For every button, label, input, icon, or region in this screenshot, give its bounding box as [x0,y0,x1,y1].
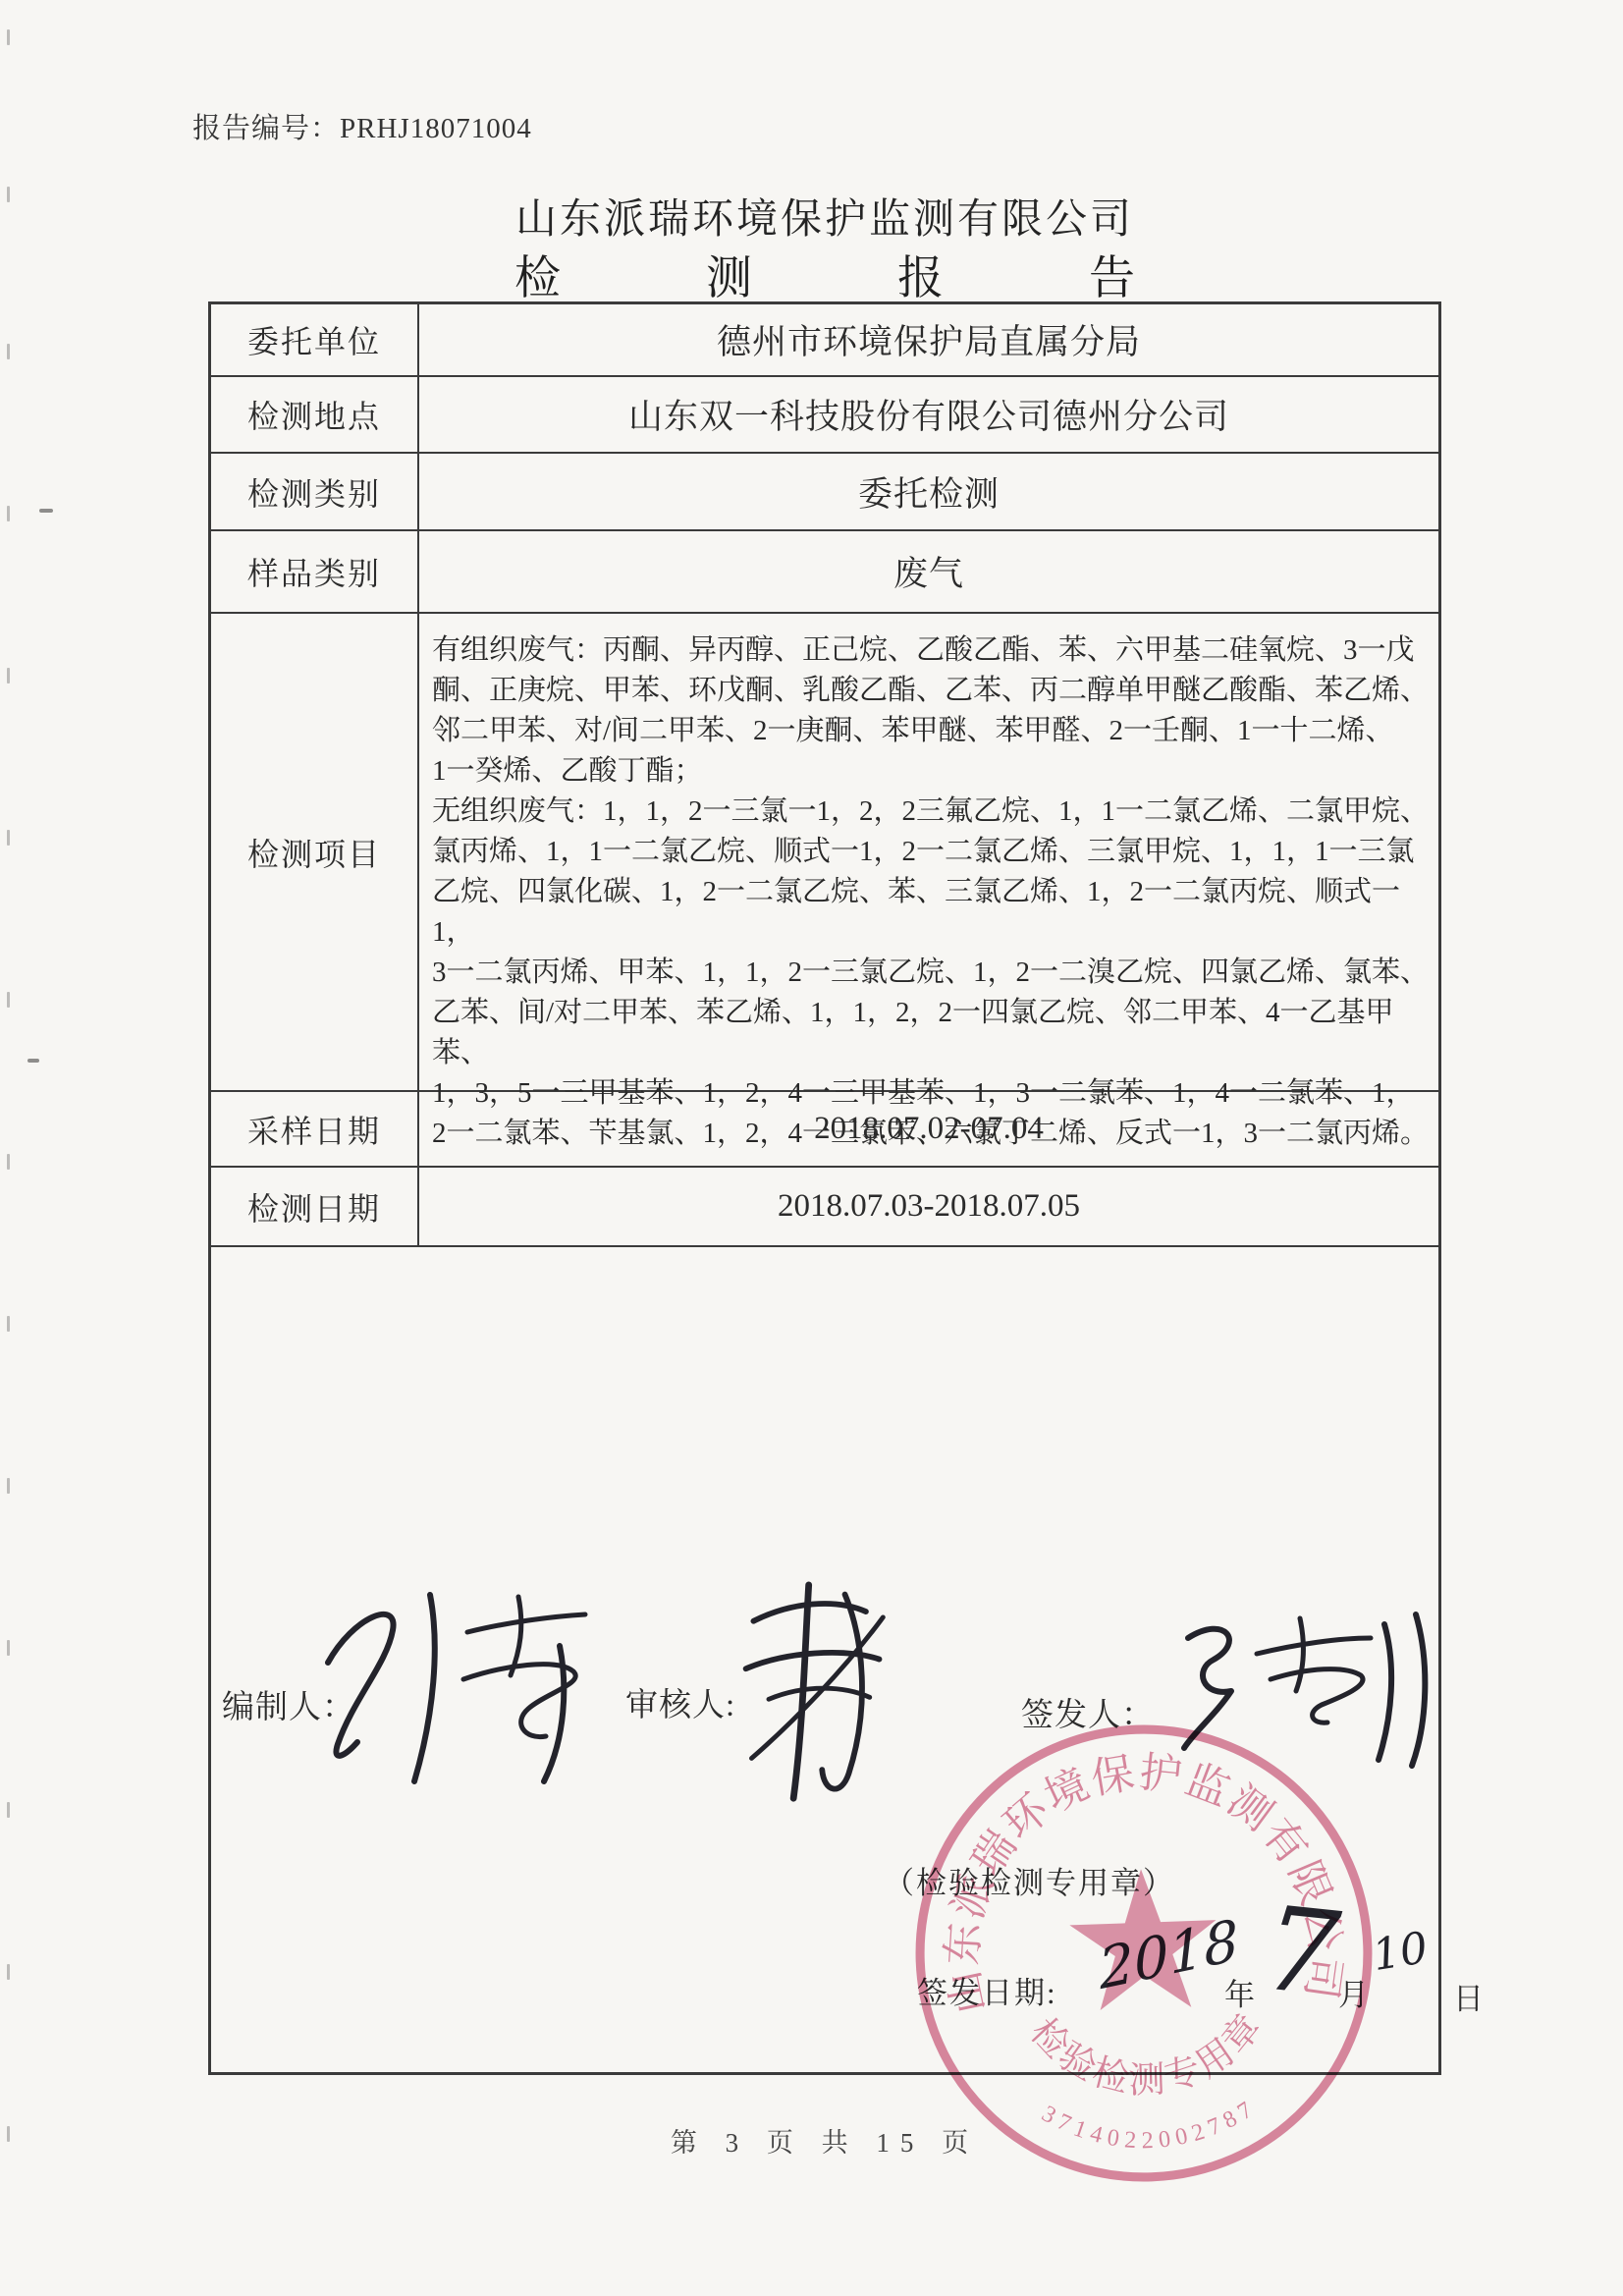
row-value-sampling-date: 2018.07.02-07.04 [419,1092,1438,1168]
scan-artifact [7,992,10,1008]
reviewer-signature [719,1581,910,1805]
scan-artifact [7,1478,10,1494]
scan-artifact [7,1154,10,1170]
scan-artifact [7,668,10,683]
company-title: 山东派瑞环境保护监测有限公司 [208,187,1441,246]
report-title: 检测报告 [208,242,1441,307]
scan-artifact [39,509,53,513]
row-value-test-location: 山东双一科技股份有限公司德州分公司 [419,377,1438,454]
scan-artifact [7,29,10,45]
preparer-signature [314,1589,638,1785]
scan-artifact [7,1316,10,1332]
scan-artifact [7,506,10,521]
report-number-value: PRHJ18071004 [340,113,532,144]
scan-artifact [7,830,10,846]
scan-artifact [7,187,10,202]
row-label-client-unit: 委托单位 [211,304,419,377]
row-label-test-items: 检测项目 [211,614,419,1092]
seal-type-text: 检验检测专用章 [1021,2003,1273,2105]
seal-star [1067,1867,1218,2011]
row-label-test-category: 检测类别 [211,454,419,531]
row-value-client-unit: 德州市环境保护局直属分局 [419,304,1438,377]
report-number-line: 报告编号：PRHJ18071004 [192,106,532,146]
report-number-label: 报告编号： [192,113,340,144]
row-value-test-category: 委托检测 [419,454,1438,531]
row-label-sampling-date: 采样日期 [211,1092,419,1168]
row-label-sample-category: 样品类别 [211,531,419,614]
row-value-sample-category: 废气 [419,531,1438,614]
handwritten-day: 10 [1369,1923,1431,1981]
row-value-test-date: 2018.07.03-2018.07.05 [419,1168,1438,1247]
row-label-test-location: 检测地点 [211,377,419,454]
row-value-test-items: 有组织废气：丙酮、异丙醇、正己烷、乙酸乙酯、苯、六甲基二硅氧烷、3一戊 酮、正庚… [419,614,1438,1092]
scan-artifact [7,1964,10,1980]
scan-artifact [7,344,10,359]
scanned-report-page: 报告编号：PRHJ18071004 山东派瑞环境保护监测有限公司 检测报告 委托… [0,0,1623,2296]
row-label-test-date: 检测日期 [211,1168,419,1247]
scan-artifact [7,1802,10,1818]
scan-artifact [7,1640,10,1656]
day-unit: 日 [1453,1974,1484,2018]
page-footer: 第 3 页 共 15 页 [208,2121,1441,2159]
scan-artifact [27,1059,39,1063]
scan-artifact [7,2126,10,2142]
